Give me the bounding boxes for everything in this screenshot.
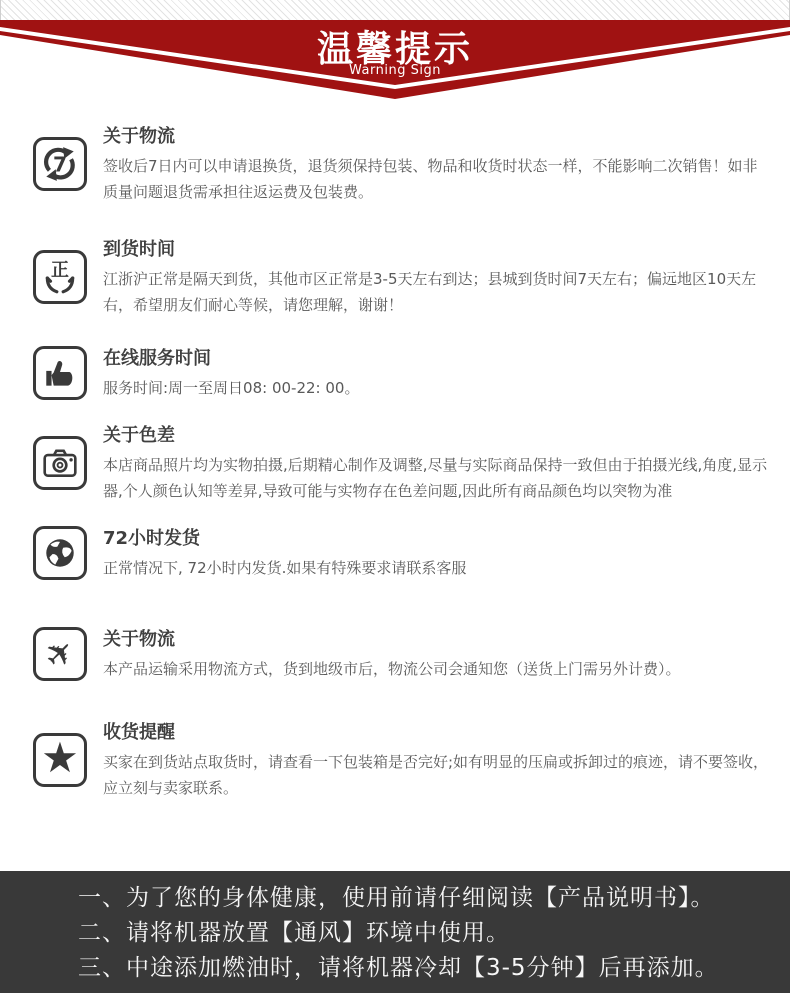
- globe-icon: [33, 526, 87, 580]
- tip-body: 买家在到货站点取货时，请查看一下包装箱是否完好;如有明显的压扁或拆卸过的痕迹，请…: [103, 749, 770, 801]
- tip-body: 本店商品照片均为实物拍摄,后期精心制作及调整,尽量与实际商品保持一致但由于拍摄光…: [103, 452, 770, 504]
- tip-title: 在线服务时间: [103, 344, 770, 370]
- warning-line-1: 一、为了您的身体健康，使用前请仔细阅读【产品说明书】。: [78, 881, 770, 916]
- camera-icon: [33, 436, 87, 490]
- svg-text:正: 正: [51, 259, 69, 280]
- tip-online-service: 在线服务时间 服务时间:周一至周日08: 00-22: 00。: [33, 344, 770, 401]
- seven-day-return-icon: 7: [33, 137, 87, 191]
- tip-text: 72小时发货 正常情况下, 72小时内发货.如果有特殊要求请联系客服: [103, 524, 770, 581]
- tip-body: 本产品运输采用物流方式，货到地级市后，物流公司会通知您（送货上门需另外计费）。: [103, 656, 770, 682]
- warm-tips-page: { "header": { "title": "温馨提示", "subtitle…: [0, 0, 790, 995]
- tip-title: 关于色差: [103, 421, 770, 447]
- header-banner: 温馨提示 Warning Sign: [0, 0, 790, 100]
- tip-logistics-return: 7 关于物流 签收后7日内可以申请退换货，退货须保持包装、物品和收货时状态一样，…: [33, 122, 770, 205]
- tip-color-difference: 关于色差 本店商品照片均为实物拍摄,后期精心制作及调整,尽量与实际商品保持一致但…: [33, 421, 770, 504]
- page-subtitle: Warning Sign: [0, 63, 790, 78]
- safety-warning-footer: 一、为了您的身体健康，使用前请仔细阅读【产品说明书】。 二、请将机器放置【通风】…: [0, 871, 790, 993]
- tip-title: 关于物流: [103, 625, 770, 651]
- tip-text: 收货提醒 买家在到货站点取货时，请查看一下包装箱是否完好;如有明显的压扁或拆卸过…: [103, 718, 770, 801]
- tip-body: 江浙沪正常是隔天到货，其他市区正常是3-5天左右到达；县城到货时间7天左右；偏远…: [103, 266, 770, 318]
- hatch-stripe-band: [0, 0, 790, 20]
- tip-text: 在线服务时间 服务时间:周一至周日08: 00-22: 00。: [103, 344, 770, 401]
- tip-text: 关于色差 本店商品照片均为实物拍摄,后期精心制作及调整,尽量与实际商品保持一致但…: [103, 421, 770, 504]
- tip-body: 服务时间:周一至周日08: 00-22: 00。: [103, 375, 770, 401]
- tip-text: 关于物流 签收后7日内可以申请退换货，退货须保持包装、物品和收货时状态一样，不能…: [103, 122, 770, 205]
- genuine-hands-icon: 正: [33, 250, 87, 304]
- tip-body: 签收后7日内可以申请退换货，退货须保持包装、物品和收货时状态一样，不能影响二次销…: [103, 153, 770, 205]
- tip-receipt-reminder: ★ 收货提醒 买家在到货站点取货时，请查看一下包装箱是否完好;如有明显的压扁或拆…: [33, 718, 770, 801]
- thumbs-up-icon: [33, 346, 87, 400]
- tip-title: 关于物流: [103, 122, 770, 148]
- star-icon: ★: [33, 733, 87, 787]
- airplane-icon: ✈: [33, 627, 87, 681]
- tip-text: 关于物流 本产品运输采用物流方式，货到地级市后，物流公司会通知您（送货上门需另外…: [103, 625, 770, 682]
- star-glyph: ★: [41, 737, 79, 779]
- tip-title: 收货提醒: [103, 718, 770, 744]
- tip-body: 正常情况下, 72小时内发货.如果有特殊要求请联系客服: [103, 555, 770, 581]
- warning-line-3: 三、中途添加燃油时，请将机器冷却【3-5分钟】后再添加。: [78, 951, 770, 986]
- tip-72h-shipping: 72小时发货 正常情况下, 72小时内发货.如果有特殊要求请联系客服: [33, 524, 770, 581]
- warning-line-2: 二、请将机器放置【通风】环境中使用。: [78, 916, 770, 951]
- tip-title: 到货时间: [103, 235, 770, 261]
- svg-text:7: 7: [53, 152, 67, 176]
- tip-text: 到货时间 江浙沪正常是隔天到货，其他市区正常是3-5天左右到达；县城到货时间7天…: [103, 235, 770, 318]
- tip-logistics-delivery: ✈ 关于物流 本产品运输采用物流方式，货到地级市后，物流公司会通知您（送货上门需…: [33, 625, 770, 682]
- tip-arrival-time: 正 到货时间 江浙沪正常是隔天到货，其他市区正常是3-5天左右到达；县城到货时间…: [33, 235, 770, 318]
- tips-list: 7 关于物流 签收后7日内可以申请退换货，退货须保持包装、物品和收货时状态一样，…: [0, 100, 790, 801]
- tip-title: 72小时发货: [103, 524, 770, 550]
- airplane-glyph: ✈: [38, 631, 82, 675]
